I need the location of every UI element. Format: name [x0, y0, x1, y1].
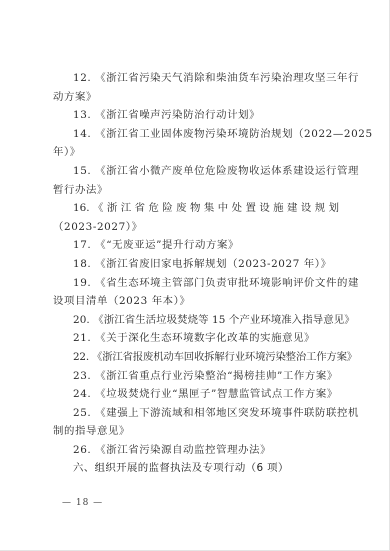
list-item-15: 15. 《浙江省小微产废单位危险废物收运体系建设运行管理: [53, 162, 339, 181]
list-item-24: 24. 《垃圾焚烧行业“黑匣子”智慧监管试点工作方案》: [53, 385, 339, 404]
list-item-26: 26. 《浙江省污染源自动监控管理办法》: [53, 441, 339, 460]
list-item-20: 20. 《浙江省生活垃圾焚烧等 15 个产业环境准入指导意见》: [53, 311, 339, 330]
page-number: — 18 —: [62, 498, 103, 508]
list-item-16: 16.《浙江省危险废物集中处置设施建设规划: [53, 199, 339, 218]
list-item-18: 18. 《浙江省废旧家电拆解规划（2023-2027 年）》: [53, 255, 339, 274]
list-item-23: 23. 《浙江省重点行业污染整治“揭榜挂帅”工作方案》: [53, 367, 339, 386]
section-heading: 六、组织开展的监督执法及专项行动（6 项）: [53, 459, 339, 478]
list-item-25: 25. 《建强上下游流域和相邻地区突发环境事件联防联控机: [53, 404, 339, 423]
list-item-19-continued: 设项目清单（2023 年本）》: [53, 292, 339, 311]
list-item-14: 14. 《浙江省工业固体废物污染环境防治规划（2022—2025: [53, 125, 339, 144]
list-item-13: 13. 《浙江省噪声污染防治行动计划》: [53, 106, 339, 125]
list-item-12-continued: 动方案》: [53, 88, 339, 107]
document-body: 12. 《浙江省污染天气消除和柴油货车污染治理攻坚三年行 动方案》 13. 《浙…: [53, 69, 339, 478]
list-item-14-continued: 年）》: [53, 143, 339, 162]
list-item-19: 19. 《省生态环境主管部门负责审批环境影响评价文件的建: [53, 274, 339, 293]
list-item-22: 22. 《浙江省报废机动车回收拆解行业环境污染整治工作方案》: [53, 348, 339, 367]
list-item-15-continued: 暂行办法》: [53, 181, 339, 200]
list-item-17: 17. 《“无废亚运”提升行动方案》: [53, 236, 339, 255]
list-item-21: 21. 《关于深化生态环境数字化改革的实施意见》: [53, 329, 339, 348]
list-item-16-continued: （2023-2027）》: [53, 218, 339, 237]
list-item-12: 12. 《浙江省污染天气消除和柴油货车污染治理攻坚三年行: [53, 69, 339, 88]
list-item-25-continued: 制的指导意见》: [53, 422, 339, 441]
